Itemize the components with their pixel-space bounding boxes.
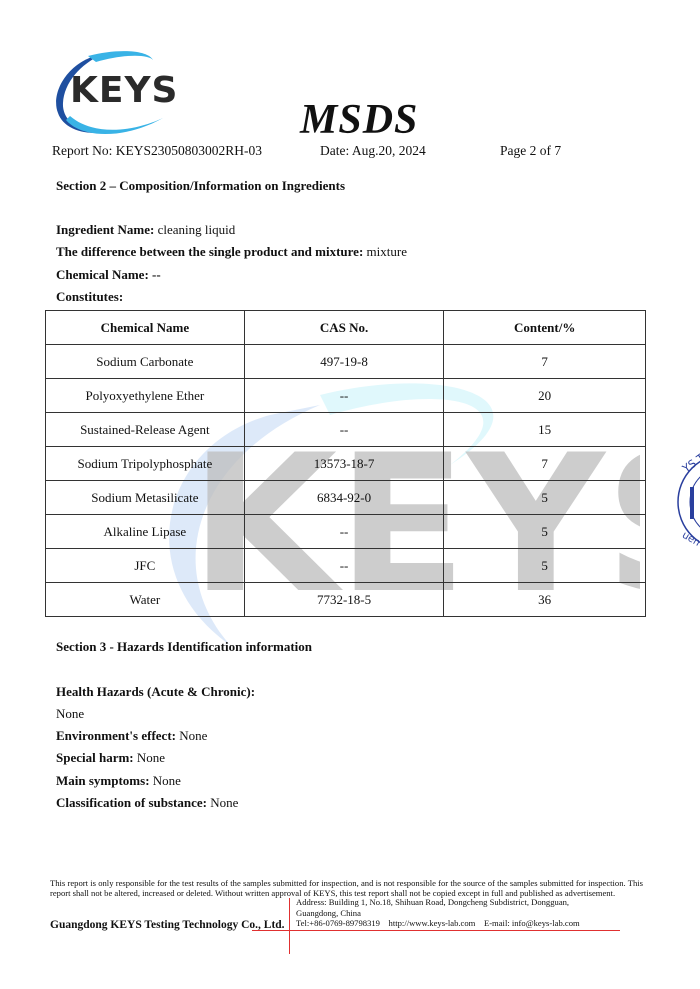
constitutes-label: Constitutes: xyxy=(56,289,123,305)
header-cas-no: CAS No. xyxy=(244,311,444,345)
special-harm-field: Special harm: None xyxy=(56,750,165,766)
health-hazards-label: Health Hazards (Acute & Chronic): xyxy=(56,684,255,700)
keys-logo: KEYS xyxy=(48,48,178,138)
table-row: Sodium Tripolyphosphate13573-18-77 xyxy=(46,447,646,481)
document-title: MSDS xyxy=(300,96,418,144)
table-row: Water7732-18-536 xyxy=(46,583,646,617)
cell-content: 5 xyxy=(444,515,646,549)
cell-chemical-name: Sodium Tripolyphosphate xyxy=(46,447,245,481)
table-row: Polyoxyethylene Ether--20 xyxy=(46,379,646,413)
cell-cas-no: 13573-18-7 xyxy=(244,447,444,481)
single-vs-mixture-field: The difference between the single produc… xyxy=(56,244,407,260)
contact-line: Tel:+86-0769-89798319 http://www.keys-la… xyxy=(296,918,580,929)
header-content: Content/% xyxy=(444,311,646,345)
footer-red-rule xyxy=(252,930,620,931)
cell-chemical-name: Water xyxy=(46,583,245,617)
page-number: Page 2 of 7 xyxy=(500,143,561,159)
company-stamp: YS T uen xyxy=(676,447,700,557)
cell-chemical-name: Sustained-Release Agent xyxy=(46,413,245,447)
footer-company-name: Guangdong KEYS Testing Technology Co., L… xyxy=(50,919,285,931)
table-row: JFC--5 xyxy=(46,549,646,583)
footer-disclaimer: This report is only responsible for the … xyxy=(50,878,643,898)
cell-content: 7 xyxy=(444,447,646,481)
cell-cas-no: -- xyxy=(244,549,444,583)
header-chemical-name: Chemical Name xyxy=(46,311,245,345)
classification-field: Classification of substance: None xyxy=(56,795,238,811)
svg-text:YS T: YS T xyxy=(679,451,700,476)
report-date: Date: Aug.20, 2024 xyxy=(320,143,426,159)
cell-content: 20 xyxy=(444,379,646,413)
cell-chemical-name: Polyoxyethylene Ether xyxy=(46,379,245,413)
main-symptoms-field: Main symptoms: None xyxy=(56,773,181,789)
cell-content: 5 xyxy=(444,549,646,583)
cell-cas-no: -- xyxy=(244,515,444,549)
table-row: Alkaline Lipase--5 xyxy=(46,515,646,549)
cell-chemical-name: JFC xyxy=(46,549,245,583)
cell-chemical-name: Sodium Carbonate xyxy=(46,345,245,379)
cell-chemical-name: Sodium Metasilicate xyxy=(46,481,245,515)
table-row: Sodium Carbonate497-19-87 xyxy=(46,345,646,379)
ingredient-name-field: Ingredient Name: cleaning liquid xyxy=(56,222,235,238)
section-3-heading: Section 3 - Hazards Identification infor… xyxy=(56,639,312,655)
cell-cas-no: 497-19-8 xyxy=(244,345,444,379)
report-number: Report No: KEYS23050803002RH-03 xyxy=(52,143,262,159)
address-line-1: Address: Building 1, No.18, Shihuan Road… xyxy=(296,897,580,908)
table-row: Sustained-Release Agent--15 xyxy=(46,413,646,447)
cell-content: 15 xyxy=(444,413,646,447)
svg-text:uen: uen xyxy=(680,530,700,549)
address-line-2: Guangdong, China xyxy=(296,908,580,919)
cell-cas-no: 7732-18-5 xyxy=(244,583,444,617)
logo-text: KEYS xyxy=(70,70,178,111)
health-hazards-value: None xyxy=(56,706,84,722)
cell-content: 7 xyxy=(444,345,646,379)
cell-cas-no: -- xyxy=(244,413,444,447)
composition-table: Chemical Name CAS No. Content/% Sodium C… xyxy=(45,310,646,617)
cell-chemical-name: Alkaline Lipase xyxy=(46,515,245,549)
cell-content: 5 xyxy=(444,481,646,515)
environment-effect-field: Environment's effect: None xyxy=(56,728,207,744)
cell-cas-no: -- xyxy=(244,379,444,413)
footer-address: Address: Building 1, No.18, Shihuan Road… xyxy=(296,897,580,929)
cell-content: 36 xyxy=(444,583,646,617)
chemical-name-field: Chemical Name: -- xyxy=(56,267,161,283)
table-header-row: Chemical Name CAS No. Content/% xyxy=(46,311,646,345)
section-2-heading: Section 2 – Composition/Information on I… xyxy=(56,178,345,194)
cell-cas-no: 6834-92-0 xyxy=(244,481,444,515)
table-row: Sodium Metasilicate6834-92-05 xyxy=(46,481,646,515)
footer-red-divider xyxy=(289,898,290,954)
